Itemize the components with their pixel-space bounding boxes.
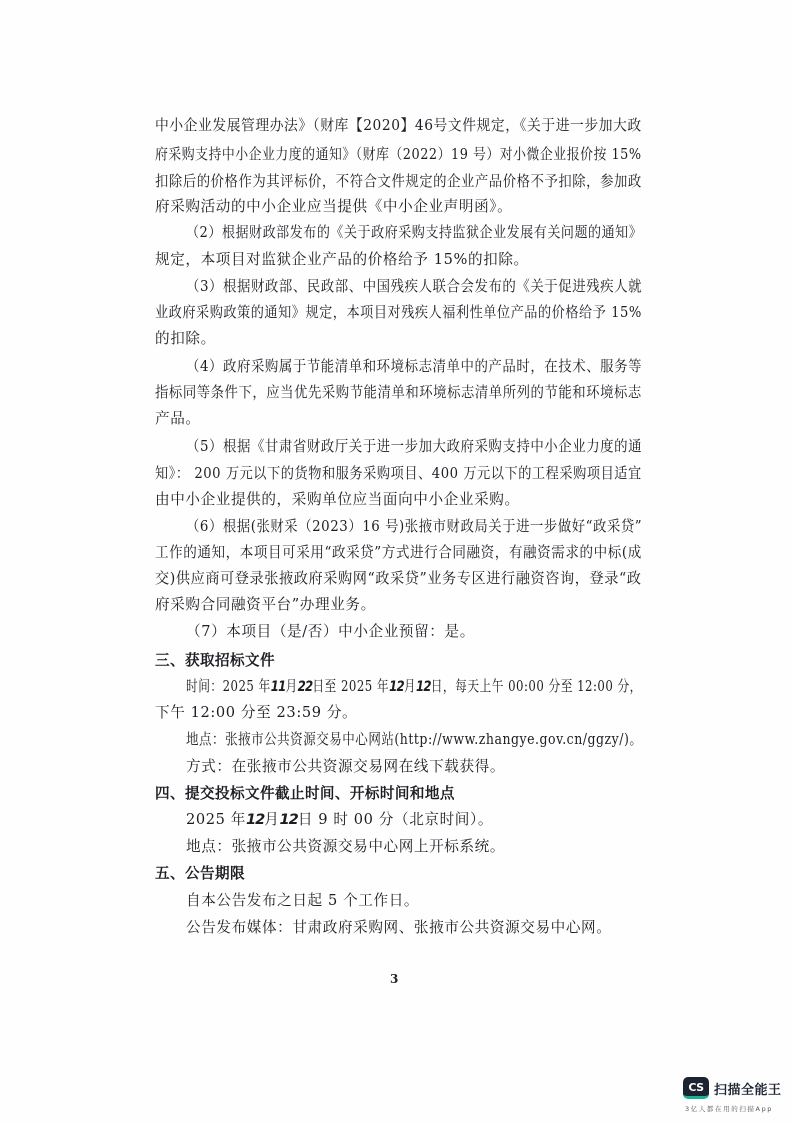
text-line: 府采购支持中小企业力度的通知》（财库（2022）19 号）对小微企业报价按 15…: [155, 146, 642, 164]
text-line: 地点：张掖市公共资源交易中心网站(http://www.zhangye.gov.…: [186, 731, 642, 749]
time-line: 时间：2025 年11月22日至 2025 年12月12日，每天上午 00:00…: [186, 678, 642, 696]
text-line: （4）政府采购属于节能清单和环境标志清单中的产品时，在技术、服务等: [186, 358, 642, 376]
text-line: 由中小企业提供的，采购单位应当面向中小企业采购。: [155, 491, 520, 509]
page-number: 3: [390, 972, 398, 986]
section-heading: 五、公告期限: [155, 865, 245, 883]
text-line: 产品。: [155, 410, 201, 428]
section-heading: 三、获取招标文件: [155, 652, 275, 670]
month-label: 月: [285, 678, 297, 695]
text-line: 府采购合同融资平台”办理业务。: [155, 596, 376, 614]
text-line: 指标同等条件下，应当优先采购节能清单和环境标志清单所列的节能和环境标志: [155, 384, 642, 402]
deadline-suffix: 日 9 时 00 分（北京时间）。: [298, 811, 493, 828]
deadline-line: 2025 年12月12日 9 时 00 分（北京时间）。: [186, 811, 645, 829]
text-line: 的扣除。: [155, 330, 216, 348]
watermark-app-name: 扫描全能王: [714, 1079, 782, 1098]
text-line: 中小企业发展管理办法》（财库【2020】46号文件规定，《关于进一步加大政: [155, 117, 642, 135]
time-suffix: 日，每天上午 00:00 分至 12:00 分，: [431, 678, 642, 695]
text-line: （2）根据财政部发布的《关于政府采购支持监狱企业发展有关问题的通知》: [186, 224, 642, 242]
text-line: 业政府采购政策的通知》规定，本项目对残疾人福利性单位产品的价格给予 15%: [155, 304, 642, 322]
deadline-prefix: 2025 年: [186, 811, 246, 828]
section-heading: 四、提交投标文件截止时间、开标时间和地点: [155, 785, 455, 803]
document-page: 中小企业发展管理办法》（财库【2020】46号文件规定，《关于进一步加大政府采购…: [0, 0, 793, 1122]
text-line: 地点：张掖市公共资源交易中心网上开标系统。: [186, 838, 505, 856]
text-line: （7）本项目（是/否）中小企业预留：是。: [186, 623, 475, 641]
text-line: 自本公告发布之日起 5 个工作日。: [186, 892, 419, 910]
watermark-tagline: 3亿人都在用的扫描App: [685, 1104, 773, 1113]
text-line: 知》： 200 万元以下的货物和服务采购项目、400 万元以下的工程采购项目适宜: [155, 465, 642, 483]
text-line: 府采购活动的中小企业应当提供《中小企业声明函》。: [155, 198, 512, 216]
text-line: 方式：在张掖市公共资源交易网在线下载获得。: [186, 758, 505, 776]
handwritten-day-end: 12: [416, 678, 431, 695]
text-line: 扣除后的价格作为其评标价，不符合文件规定的企业产品价格不予扣除，参加政: [155, 173, 642, 191]
text-line: 规定，本项目对监狱企业产品的价格给予 15%的扣除。: [155, 251, 529, 269]
handwritten-deadline-day: 12: [280, 811, 298, 828]
handwritten-deadline-month: 12: [246, 811, 264, 828]
camscanner-logo-icon: CS: [683, 1077, 709, 1099]
month-label: 月: [264, 811, 279, 828]
month-label: 月: [404, 678, 416, 695]
handwritten-day-start: 22: [298, 678, 313, 695]
text-line: 交)供应商可登录张掖政府采购网“政采贷”业务专区进行融资咨询，登录“政: [155, 570, 642, 588]
text-line: 下午 12:00 分至 23:59 分。: [155, 704, 357, 722]
handwritten-month-start: 11: [271, 678, 286, 695]
text-line: （3）根据财政部、民政部、中国残疾人联合会发布的《关于促进残疾人就: [186, 278, 642, 296]
text-line: 公告发布媒体：甘肃政府采购网、张掖市公共资源交易中心网。: [186, 919, 611, 937]
text-line: （6）根据(张财采（2023）16 号)张掖市财政局关于进一步做好“政采贷”: [186, 518, 642, 536]
time-prefix: 时间：2025 年: [186, 678, 271, 695]
text-line: 工作的通知，本项目可采用“政采贷”方式进行合同融资，有融资需求的中标(成: [155, 544, 642, 562]
time-mid: 日至 2025 年: [312, 678, 389, 695]
text-line: （5）根据《甘肃省财政厅关于进一步加大政府采购支持中小企业力度的通: [186, 438, 642, 456]
handwritten-month-end: 12: [389, 678, 404, 695]
